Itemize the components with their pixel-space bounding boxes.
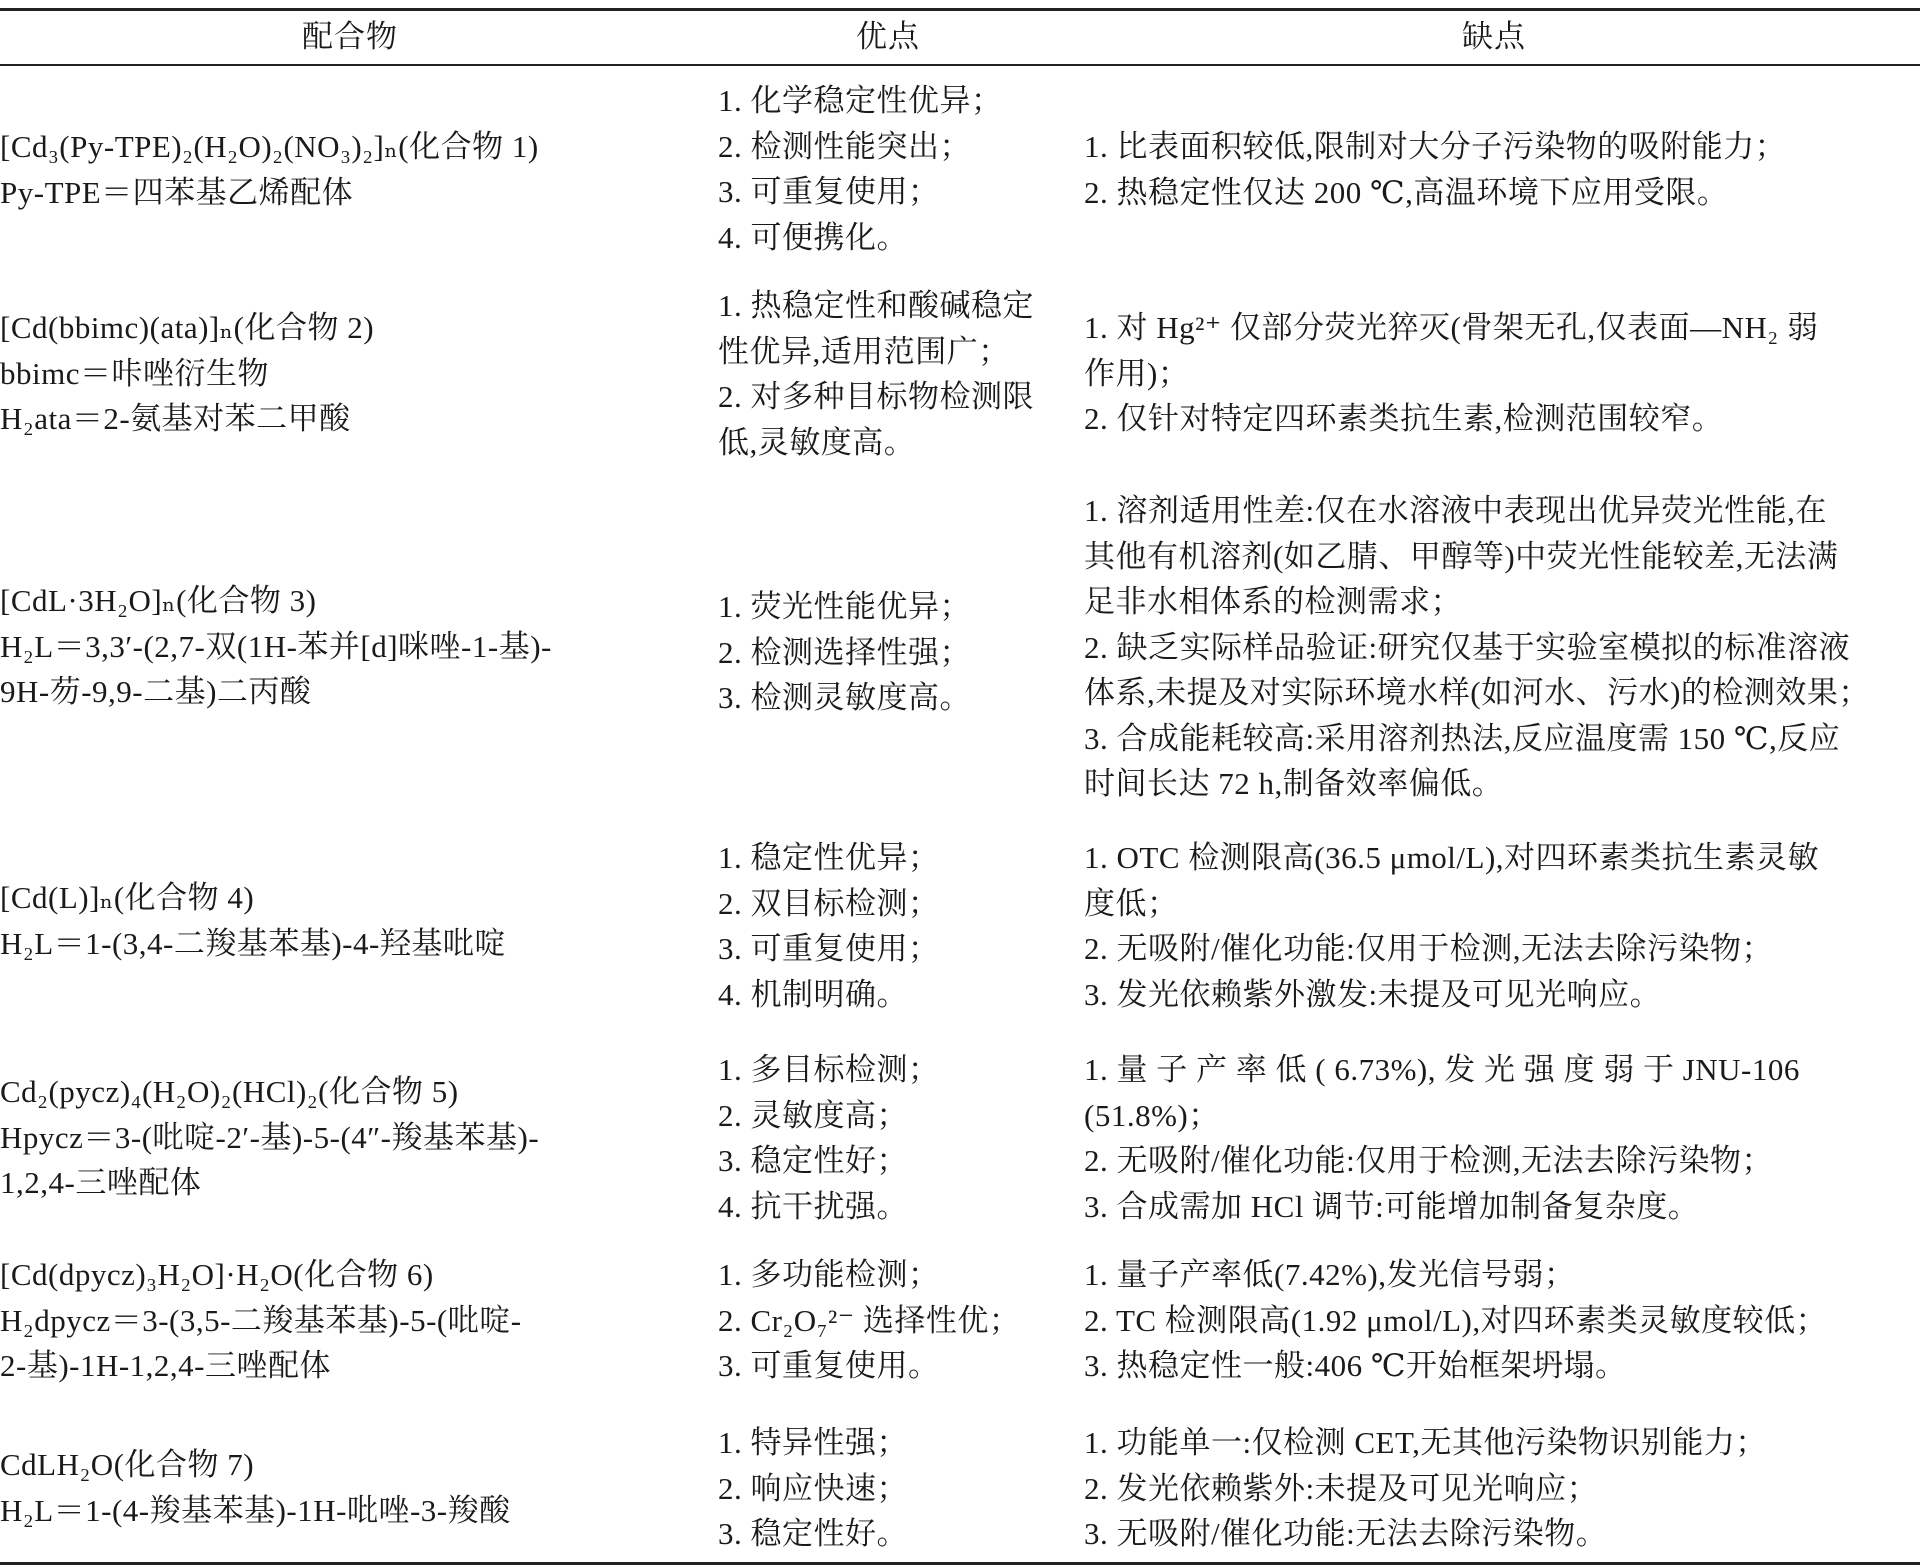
table-header-rule [0, 64, 1920, 66]
advantages-cell: 1. 化学稳定性优异； 2. 检测性能突出； 3. 可重复使用； 4. 可便携化… [718, 78, 1058, 260]
ligand-definition: 9H-芴-9,9-二基)二丙酸 [0, 669, 700, 715]
compound-cell: [Cd(dpycz)₃H₂O]·H₂O(化合物 6) H₂dpycz＝3-(3,… [0, 1252, 700, 1389]
disadvantages-cell: 1. 功能单一:仅检测 CET,无其他污染物识别能力； 2. 发光依赖紫外:未提… [1084, 1420, 1904, 1557]
advantage-item: 2. 对多种目标物检测限 [718, 374, 1058, 420]
disadvantages-cell: 1. OTC 检测限高(36.5 μmol/L),对四环素类抗生素灵敏 度低； … [1084, 835, 1904, 1017]
disadvantage-item: 体系,未提及对实际环境水样(如河水、污水)的检测效果； [1084, 670, 1904, 716]
disadvantage-item: 3. 无吸附/催化功能:无法去除污染物。 [1084, 1511, 1904, 1557]
advantage-item: 4. 机制明确。 [718, 972, 1058, 1018]
disadvantage-item: 1. 溶剂适用性差:仅在水溶液中表现出优异荧光性能,在 [1084, 488, 1904, 534]
advantage-item: 3. 稳定性好。 [718, 1511, 1058, 1557]
compound-formula: [Cd₃(Py-TPE)₂(H₂O)₂(NO₃)₂]ₙ(化合物 1) [0, 124, 700, 170]
ligand-definition: H₂L＝3,3′-(2,7-双(1H-苯并[d]咪唑-1-基)- [0, 624, 700, 670]
disadvantages-cell: 1. 比表面积较低,限制对大分子污染物的吸附能力； 2. 热稳定性仅达 200 … [1084, 124, 1904, 215]
advantage-item: 1. 荧光性能优异； [718, 584, 1058, 630]
disadvantage-item: 2. 缺乏实际样品验证:研究仅基于实验室模拟的标准溶液 [1084, 625, 1904, 671]
advantages-cell: 1. 荧光性能优异； 2. 检测选择性强； 3. 检测灵敏度高。 [718, 584, 1058, 721]
advantage-item: 4. 可便携化。 [718, 215, 1058, 261]
advantage-item: 性优异,适用范围广； [718, 329, 1058, 375]
disadvantage-item: 3. 热稳定性一般:406 ℃开始框架坍塌。 [1084, 1343, 1904, 1389]
advantages-cell: 1. 特异性强； 2. 响应快速； 3. 稳定性好。 [718, 1420, 1058, 1557]
disadvantages-cell: 1. 量 子 产 率 低 ( 6.73%), 发 光 强 度 弱 于 JNU-1… [1084, 1047, 1904, 1229]
compound-formula: CdLH₂O(化合物 7) [0, 1442, 700, 1488]
disadvantage-item: 3. 合成能耗较高:采用溶剂热法,反应温度需 150 ℃,反应 [1084, 716, 1904, 762]
advantage-item: 1. 稳定性优异； [718, 835, 1058, 881]
advantage-item: 3. 可重复使用。 [718, 1343, 1058, 1389]
disadvantage-item: (51.8%)； [1084, 1093, 1904, 1139]
compound-formula: Cd₂(pycz)₄(H₂O)₂(HCl)₂(化合物 5) [0, 1069, 700, 1115]
advantage-item: 2. 检测性能突出； [718, 124, 1058, 170]
table-bottom-rule [0, 1562, 1920, 1565]
disadvantage-item: 作用)； [1084, 351, 1904, 397]
compound-cell: [Cd₃(Py-TPE)₂(H₂O)₂(NO₃)₂]ₙ(化合物 1) Py-TP… [0, 124, 700, 215]
disadvantage-item: 1. 对 Hg²⁺ 仅部分荧光猝灭(骨架无孔,仅表面—NH₂ 弱 [1084, 305, 1904, 351]
advantage-item: 3. 检测灵敏度高。 [718, 675, 1058, 721]
advantage-item: 3. 稳定性好； [718, 1138, 1058, 1184]
ligand-definition: 1,2,4-三唑配体 [0, 1160, 700, 1206]
ligand-definition: Py-TPE＝四苯基乙烯配体 [0, 170, 700, 216]
advantage-item: 1. 热稳定性和酸碱稳定 [718, 283, 1058, 329]
header-disadvantages: 缺点 [1084, 14, 1904, 60]
disadvantage-item: 1. 比表面积较低,限制对大分子污染物的吸附能力； [1084, 124, 1904, 170]
disadvantage-item: 3. 合成需加 HCl 调节:可能增加制备复杂度。 [1084, 1184, 1904, 1230]
disadvantage-item: 1. OTC 检测限高(36.5 μmol/L),对四环素类抗生素灵敏 [1084, 835, 1904, 881]
advantage-item: 3. 可重复使用； [718, 926, 1058, 972]
disadvantage-item: 2. 热稳定性仅达 200 ℃,高温环境下应用受限。 [1084, 170, 1904, 216]
disadvantage-item: 2. 无吸附/催化功能:仅用于检测,无法去除污染物； [1084, 1138, 1904, 1184]
advantage-item: 3. 可重复使用； [718, 169, 1058, 215]
header-advantages: 优点 [718, 14, 1058, 60]
advantage-item: 1. 特异性强； [718, 1420, 1058, 1466]
advantage-item: 4. 抗干扰强。 [718, 1184, 1058, 1230]
compound-cell: [Cd(bbimc)(ata)]ₙ(化合物 2) bbimc＝咔唑衍生物 H₂a… [0, 305, 700, 442]
advantages-cell: 1. 多目标检测； 2. 灵敏度高； 3. 稳定性好； 4. 抗干扰强。 [718, 1047, 1058, 1229]
compound-cell: CdLH₂O(化合物 7) H₂L＝1-(4-羧基苯基)-1H-吡唑-3-羧酸 [0, 1442, 700, 1533]
ligand-definition: bbimc＝咔唑衍生物 [0, 351, 700, 397]
advantages-cell: 1. 多功能检测； 2. Cr₂O₇²⁻ 选择性优； 3. 可重复使用。 [718, 1252, 1058, 1389]
ligand-definition: 2-基)-1H-1,2,4-三唑配体 [0, 1343, 700, 1389]
disadvantage-item: 2. 无吸附/催化功能:仅用于检测,无法去除污染物； [1084, 926, 1904, 972]
advantages-cell: 1. 热稳定性和酸碱稳定 性优异,适用范围广； 2. 对多种目标物检测限 低,灵… [718, 283, 1058, 465]
disadvantages-cell: 1. 对 Hg²⁺ 仅部分荧光猝灭(骨架无孔,仅表面—NH₂ 弱 作用)； 2.… [1084, 305, 1904, 442]
disadvantage-item: 2. 发光依赖紫外:未提及可见光响应； [1084, 1466, 1904, 1512]
advantage-item: 1. 多功能检测； [718, 1252, 1058, 1298]
ligand-definition: H₂ata＝2-氨基对苯二甲酸 [0, 396, 700, 442]
compound-cell: [Cd(L)]ₙ(化合物 4) H₂L＝1-(3,4-二羧基苯基)-4-羟基吡啶 [0, 875, 700, 966]
ligand-definition: H₂L＝1-(4-羧基苯基)-1H-吡唑-3-羧酸 [0, 1488, 700, 1534]
table-top-rule [0, 8, 1920, 11]
advantage-item: 2. 双目标检测； [718, 881, 1058, 927]
disadvantage-item: 时间长达 72 h,制备效率偏低。 [1084, 761, 1904, 807]
advantage-item: 2. 灵敏度高； [718, 1093, 1058, 1139]
disadvantages-cell: 1. 量子产率低(7.42%),发光信号弱； 2. TC 检测限高(1.92 μ… [1084, 1252, 1904, 1389]
disadvantage-item: 1. 量子产率低(7.42%),发光信号弱； [1084, 1252, 1904, 1298]
compound-formula: [CdL·3H₂O]ₙ(化合物 3) [0, 578, 700, 624]
ligand-definition: H₂dpycz＝3-(3,5-二羧基苯基)-5-(吡啶- [0, 1298, 700, 1344]
disadvantage-item: 其他有机溶剂(如乙腈、甲醇等)中荧光性能较差,无法满 [1084, 534, 1904, 580]
ligand-definition: H₂L＝1-(3,4-二羧基苯基)-4-羟基吡啶 [0, 921, 700, 967]
advantage-item: 1. 多目标检测； [718, 1047, 1058, 1093]
comparison-table: 配合物 优点 缺点 [Cd₃(Py-TPE)₂(H₂O)₂(NO₃)₂]ₙ(化合… [0, 0, 1920, 1568]
compound-formula: [Cd(L)]ₙ(化合物 4) [0, 875, 700, 921]
advantage-item: 低,灵敏度高。 [718, 420, 1058, 466]
advantages-cell: 1. 稳定性优异； 2. 双目标检测； 3. 可重复使用； 4. 机制明确。 [718, 835, 1058, 1017]
disadvantage-item: 足非水相体系的检测需求； [1084, 579, 1904, 625]
compound-cell: Cd₂(pycz)₄(H₂O)₂(HCl)₂(化合物 5) Hpycz＝3-(吡… [0, 1069, 700, 1206]
disadvantage-item: 2. 仅针对特定四环素类抗生素,检测范围较窄。 [1084, 396, 1904, 442]
compound-formula: [Cd(bbimc)(ata)]ₙ(化合物 2) [0, 305, 700, 351]
advantage-item: 1. 化学稳定性优异； [718, 78, 1058, 124]
advantage-item: 2. Cr₂O₇²⁻ 选择性优； [718, 1298, 1058, 1344]
disadvantage-item: 3. 发光依赖紫外激发:未提及可见光响应。 [1084, 972, 1904, 1018]
advantage-item: 2. 响应快速； [718, 1466, 1058, 1512]
header-compound: 配合物 [0, 14, 700, 60]
disadvantages-cell: 1. 溶剂适用性差:仅在水溶液中表现出优异荧光性能,在 其他有机溶剂(如乙腈、甲… [1084, 488, 1904, 807]
ligand-definition: Hpycz＝3-(吡啶-2′-基)-5-(4″-羧基苯基)- [0, 1115, 700, 1161]
advantage-item: 2. 检测选择性强； [718, 630, 1058, 676]
disadvantage-item: 1. 功能单一:仅检测 CET,无其他污染物识别能力； [1084, 1420, 1904, 1466]
disadvantage-item: 1. 量 子 产 率 低 ( 6.73%), 发 光 强 度 弱 于 JNU-1… [1084, 1047, 1904, 1093]
disadvantage-item: 度低； [1084, 881, 1904, 927]
compound-formula: [Cd(dpycz)₃H₂O]·H₂O(化合物 6) [0, 1252, 700, 1298]
disadvantage-item: 2. TC 检测限高(1.92 μmol/L),对四环素类灵敏度较低； [1084, 1298, 1904, 1344]
compound-cell: [CdL·3H₂O]ₙ(化合物 3) H₂L＝3,3′-(2,7-双(1H-苯并… [0, 578, 700, 715]
